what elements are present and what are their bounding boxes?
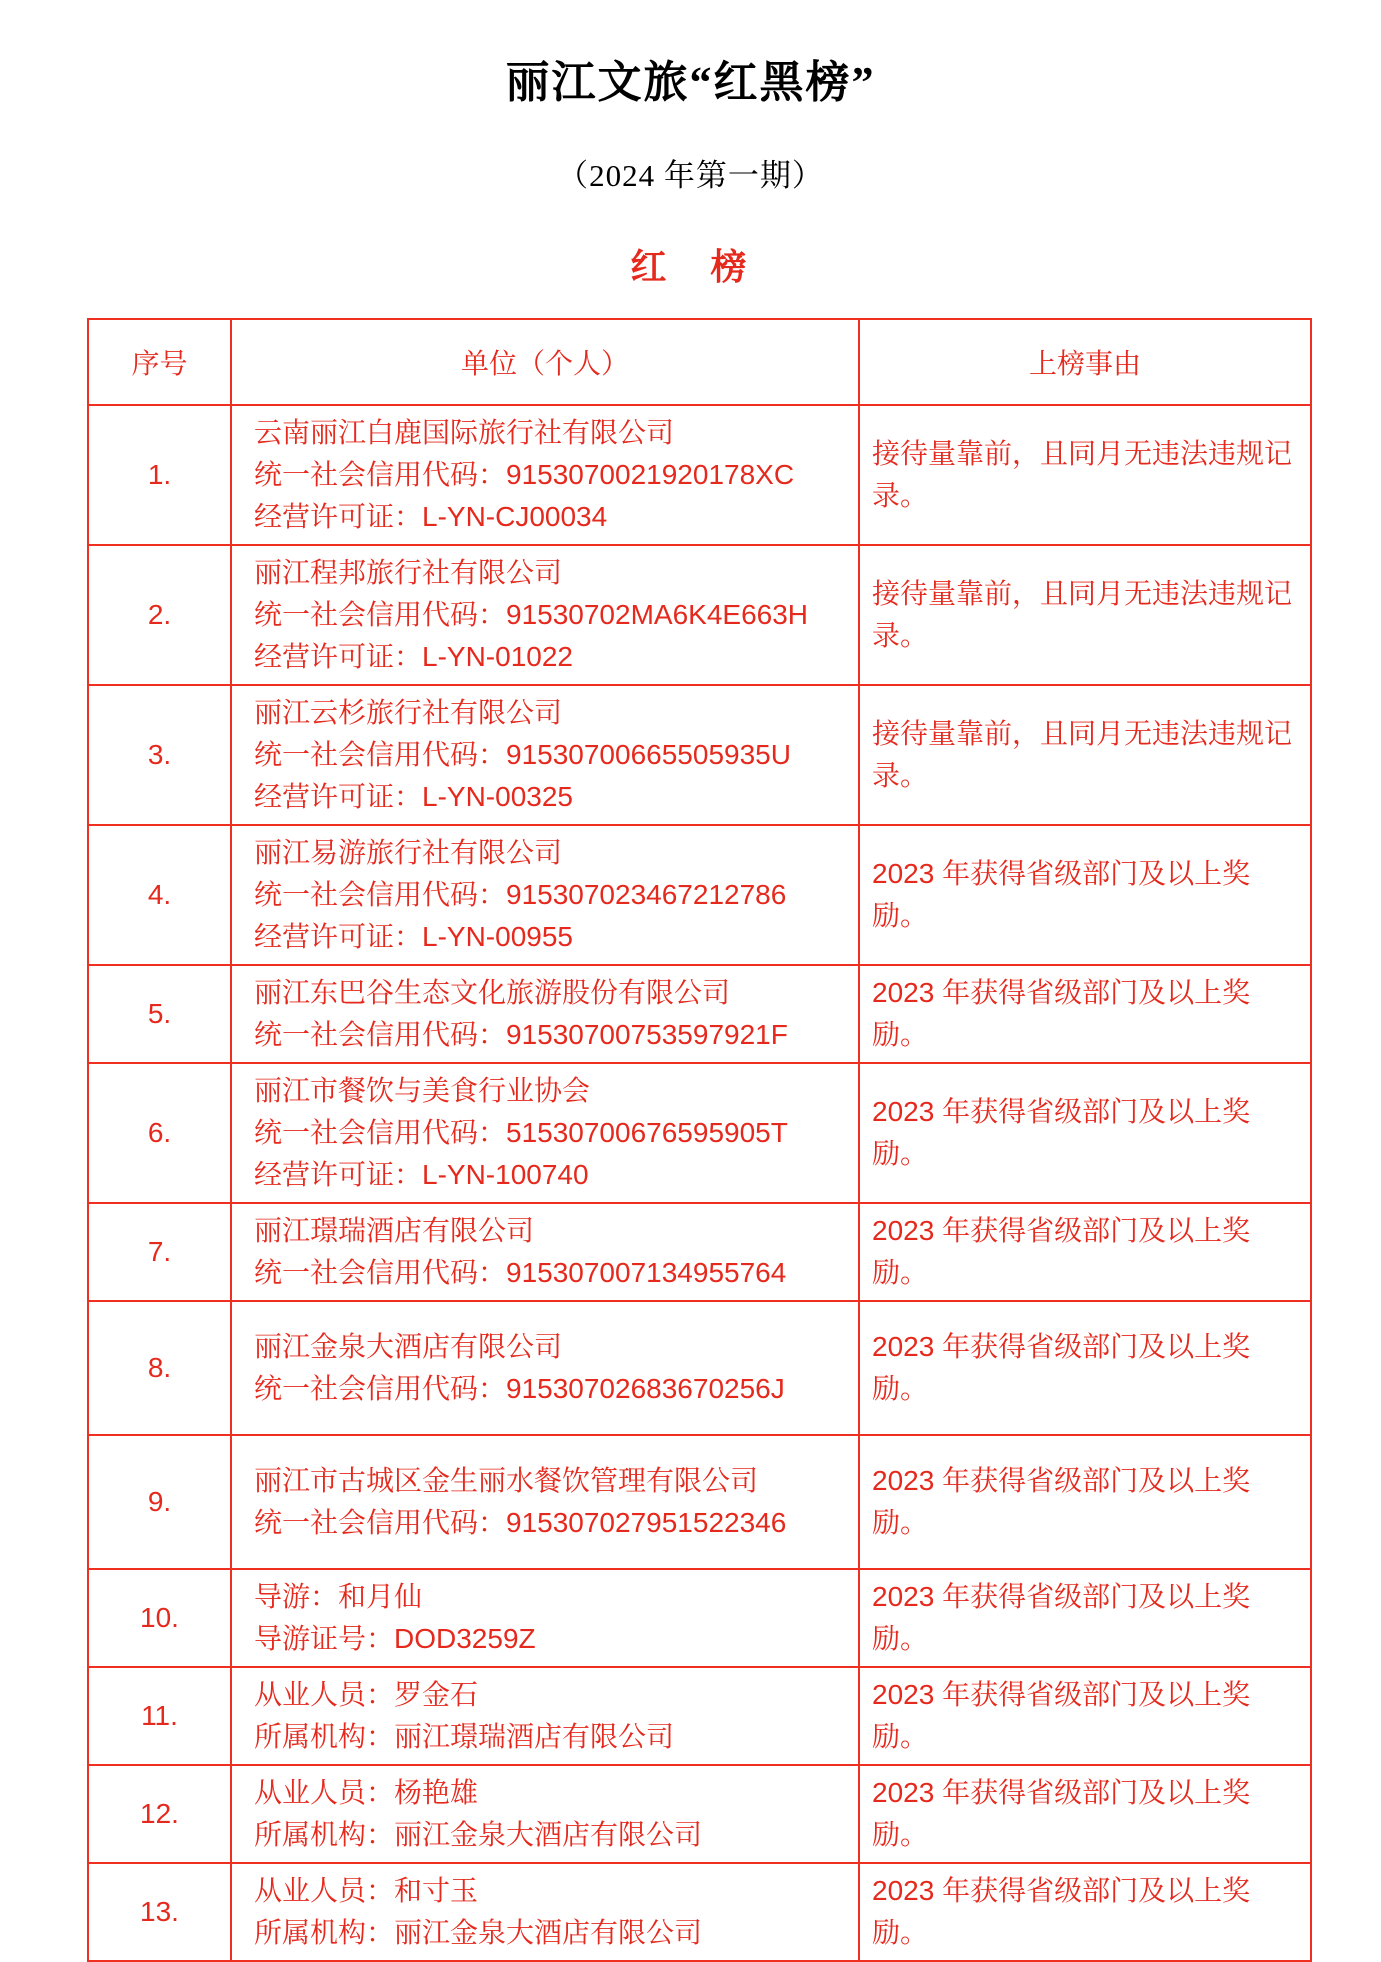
row-listing-reason: 接待量靠前，且同月无违法违规记录。: [859, 545, 1311, 685]
unit-line: 经营许可证：L-YN-01022: [254, 636, 848, 678]
unit-line: 丽江云杉旅行社有限公司: [254, 692, 848, 734]
red-list-table: 序号 单位（个人） 上榜事由 1.云南丽江白鹿国际旅行社有限公司统一社会信用代码…: [87, 318, 1312, 1962]
table-row: 6.丽江市餐饮与美食行业协会统一社会信用代码：51530700676595905…: [88, 1063, 1311, 1203]
unit-line: 所属机构：丽江璟瑞酒店有限公司: [254, 1716, 848, 1758]
unit-line: 从业人员：罗金石: [254, 1674, 848, 1716]
unit-line: 所属机构：丽江金泉大酒店有限公司: [254, 1814, 848, 1856]
section-heading-red-list: 红 榜: [0, 239, 1381, 290]
row-unit-cell: 丽江东巴谷生态文化旅游股份有限公司统一社会信用代码：91530700753597…: [231, 965, 859, 1063]
unit-line: 云南丽江白鹿国际旅行社有限公司: [254, 412, 848, 454]
row-unit-cell: 丽江易游旅行社有限公司统一社会信用代码：915307023467212786经营…: [231, 825, 859, 965]
table-row: 12.从业人员：杨艳雄所属机构：丽江金泉大酒店有限公司2023 年获得省级部门及…: [88, 1765, 1311, 1863]
row-serial-number: 3.: [88, 685, 231, 825]
row-unit-cell: 从业人员：杨艳雄所属机构：丽江金泉大酒店有限公司: [231, 1765, 859, 1863]
table-row: 2.丽江程邦旅行社有限公司统一社会信用代码：91530702MA6K4E663H…: [88, 545, 1311, 685]
unit-line: 导游：和月仙: [254, 1576, 848, 1618]
unit-line: 统一社会信用代码：91530700753597921F: [254, 1014, 848, 1056]
row-serial-number: 11.: [88, 1667, 231, 1765]
row-listing-reason: 2023 年获得省级部门及以上奖励。: [859, 825, 1311, 965]
row-unit-cell: 丽江市餐饮与美食行业协会统一社会信用代码：51530700676595905T经…: [231, 1063, 859, 1203]
unit-line: 统一社会信用代码：51530700676595905T: [254, 1112, 848, 1154]
table-row: 3.丽江云杉旅行社有限公司统一社会信用代码：91530700665505935U…: [88, 685, 1311, 825]
unit-line: 统一社会信用代码：915307007134955764: [254, 1252, 848, 1294]
unit-line: 丽江璟瑞酒店有限公司: [254, 1210, 848, 1252]
red-list-table-body: 1.云南丽江白鹿国际旅行社有限公司统一社会信用代码：91530700219201…: [88, 405, 1311, 1961]
table-row: 7.丽江璟瑞酒店有限公司统一社会信用代码：9153070071349557642…: [88, 1203, 1311, 1301]
row-unit-cell: 丽江金泉大酒店有限公司统一社会信用代码：91530702683670256J: [231, 1301, 859, 1435]
unit-line: 统一社会信用代码：91530700665505935U: [254, 734, 848, 776]
unit-line: 丽江程邦旅行社有限公司: [254, 552, 848, 594]
unit-line: 统一社会信用代码：915307023467212786: [254, 874, 848, 916]
table-row: 11.从业人员：罗金石所属机构：丽江璟瑞酒店有限公司2023 年获得省级部门及以…: [88, 1667, 1311, 1765]
unit-line: 丽江东巴谷生态文化旅游股份有限公司: [254, 972, 848, 1014]
document-page: 丽江文旅“红黑榜” （2024 年第一期） 红 榜 序号 单位（个人） 上榜事由…: [0, 0, 1381, 1962]
row-serial-number: 4.: [88, 825, 231, 965]
unit-line: 丽江市古城区金生丽水餐饮管理有限公司: [254, 1460, 848, 1502]
row-listing-reason: 2023 年获得省级部门及以上奖励。: [859, 1765, 1311, 1863]
row-serial-number: 8.: [88, 1301, 231, 1435]
unit-line: 经营许可证：L-YN-CJ00034: [254, 496, 848, 538]
document-subtitle: （2024 年第一期）: [0, 150, 1381, 195]
row-listing-reason: 2023 年获得省级部门及以上奖励。: [859, 1435, 1311, 1569]
unit-line: 统一社会信用代码：91530702683670256J: [254, 1368, 848, 1410]
table-row: 4.丽江易游旅行社有限公司统一社会信用代码：915307023467212786…: [88, 825, 1311, 965]
row-listing-reason: 2023 年获得省级部门及以上奖励。: [859, 965, 1311, 1063]
row-unit-cell: 从业人员：罗金石所属机构：丽江璟瑞酒店有限公司: [231, 1667, 859, 1765]
row-unit-cell: 丽江市古城区金生丽水餐饮管理有限公司统一社会信用代码：9153070279515…: [231, 1435, 859, 1569]
row-serial-number: 10.: [88, 1569, 231, 1667]
table-row: 9.丽江市古城区金生丽水餐饮管理有限公司统一社会信用代码：91530702795…: [88, 1435, 1311, 1569]
row-listing-reason: 接待量靠前，且同月无违法违规记录。: [859, 685, 1311, 825]
row-unit-cell: 丽江云杉旅行社有限公司统一社会信用代码：91530700665505935U经营…: [231, 685, 859, 825]
row-serial-number: 2.: [88, 545, 231, 685]
table-row: 5.丽江东巴谷生态文化旅游股份有限公司统一社会信用代码：915307007535…: [88, 965, 1311, 1063]
column-header-serial-number: 序号: [88, 319, 231, 405]
unit-line: 经营许可证：L-YN-00325: [254, 776, 848, 818]
unit-line: 从业人员：杨艳雄: [254, 1772, 848, 1814]
row-unit-cell: 丽江程邦旅行社有限公司统一社会信用代码：91530702MA6K4E663H经营…: [231, 545, 859, 685]
row-listing-reason: 接待量靠前，且同月无违法违规记录。: [859, 405, 1311, 545]
unit-line: 丽江金泉大酒店有限公司: [254, 1326, 848, 1368]
unit-line: 丽江市餐饮与美食行业协会: [254, 1070, 848, 1112]
column-header-listing-reason: 上榜事由: [859, 319, 1311, 405]
row-listing-reason: 2023 年获得省级部门及以上奖励。: [859, 1569, 1311, 1667]
unit-line: 所属机构：丽江金泉大酒店有限公司: [254, 1912, 848, 1954]
unit-line: 丽江易游旅行社有限公司: [254, 832, 848, 874]
row-serial-number: 1.: [88, 405, 231, 545]
row-listing-reason: 2023 年获得省级部门及以上奖励。: [859, 1667, 1311, 1765]
row-listing-reason: 2023 年获得省级部门及以上奖励。: [859, 1063, 1311, 1203]
red-list-table-header: 序号 单位（个人） 上榜事由: [88, 319, 1311, 405]
row-serial-number: 12.: [88, 1765, 231, 1863]
column-header-unit-individual: 单位（个人）: [231, 319, 859, 405]
table-row: 10.导游：和月仙导游证号：DOD3259Z2023 年获得省级部门及以上奖励。: [88, 1569, 1311, 1667]
unit-line: 导游证号：DOD3259Z: [254, 1618, 848, 1660]
row-listing-reason: 2023 年获得省级部门及以上奖励。: [859, 1301, 1311, 1435]
unit-line: 统一社会信用代码：915307027951522346: [254, 1502, 848, 1544]
row-serial-number: 7.: [88, 1203, 231, 1301]
row-listing-reason: 2023 年获得省级部门及以上奖励。: [859, 1863, 1311, 1961]
row-unit-cell: 云南丽江白鹿国际旅行社有限公司统一社会信用代码：9153070021920178…: [231, 405, 859, 545]
row-listing-reason: 2023 年获得省级部门及以上奖励。: [859, 1203, 1311, 1301]
header-row: 序号 单位（个人） 上榜事由: [88, 319, 1311, 405]
row-serial-number: 5.: [88, 965, 231, 1063]
row-serial-number: 6.: [88, 1063, 231, 1203]
row-unit-cell: 导游：和月仙导游证号：DOD3259Z: [231, 1569, 859, 1667]
row-unit-cell: 从业人员：和寸玉所属机构：丽江金泉大酒店有限公司: [231, 1863, 859, 1961]
row-unit-cell: 丽江璟瑞酒店有限公司统一社会信用代码：915307007134955764: [231, 1203, 859, 1301]
unit-line: 经营许可证：L-YN-00955: [254, 916, 848, 958]
row-serial-number: 13.: [88, 1863, 231, 1961]
unit-line: 统一社会信用代码：9153070021920178XC: [254, 454, 848, 496]
row-serial-number: 9.: [88, 1435, 231, 1569]
table-row: 13.从业人员：和寸玉所属机构：丽江金泉大酒店有限公司2023 年获得省级部门及…: [88, 1863, 1311, 1961]
document-title: 丽江文旅“红黑榜”: [0, 46, 1381, 110]
unit-line: 从业人员：和寸玉: [254, 1870, 848, 1912]
unit-line: 经营许可证：L-YN-100740: [254, 1154, 848, 1196]
table-row: 8.丽江金泉大酒店有限公司统一社会信用代码：91530702683670256J…: [88, 1301, 1311, 1435]
table-row: 1.云南丽江白鹿国际旅行社有限公司统一社会信用代码：91530700219201…: [88, 405, 1311, 545]
unit-line: 统一社会信用代码：91530702MA6K4E663H: [254, 594, 848, 636]
